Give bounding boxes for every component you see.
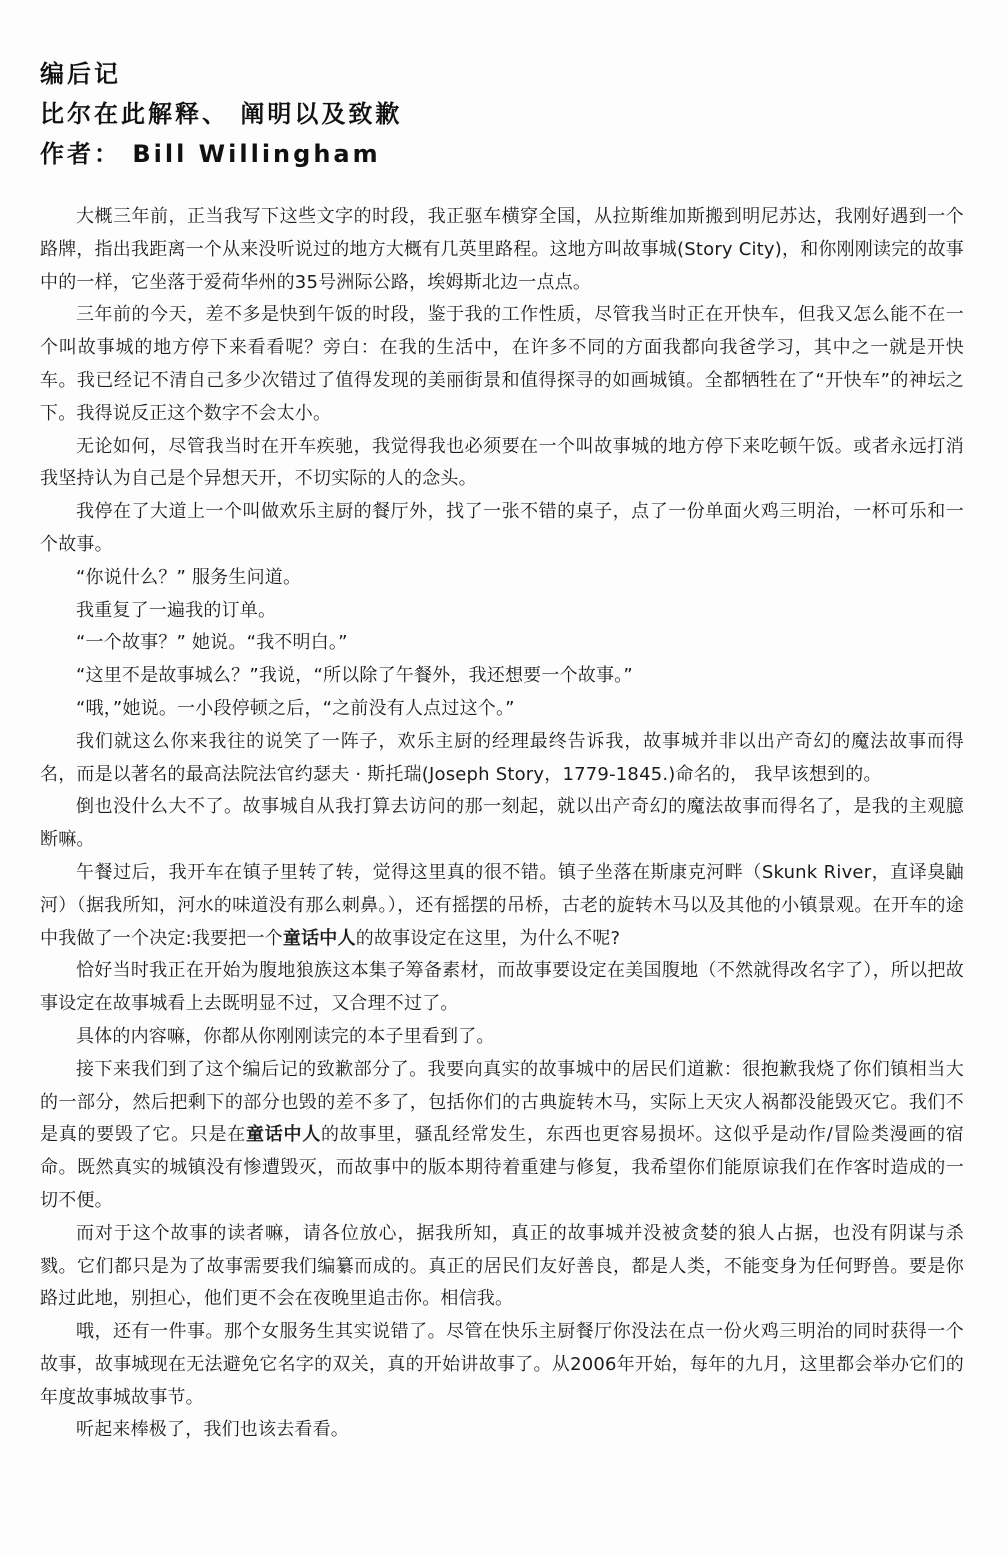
dialog-line: “一个故事？” 她说。“我不明白。” <box>40 627 964 660</box>
paragraph: 大概三年前，正当我写下这些文字的时段，我正驱车横穿全国，从拉斯维加斯搬到明尼苏达… <box>40 201 964 299</box>
document-page: 编后记 比尔在此解释、 阐明以及致歉 作者： Bill Willingham 大… <box>40 54 964 1447</box>
dialog-line: “这里不是故事城么？”我说，“所以除了午餐外，我还想要一个故事。” <box>40 660 964 693</box>
paragraph: 听起来棒极了，我们也该去看看。 <box>40 1414 964 1447</box>
article-body: 大概三年前，正当我写下这些文字的时段，我正驱车横穿全国，从拉斯维加斯搬到明尼苏达… <box>40 201 964 1447</box>
dialog-line: 我重复了一遍我的订单。 <box>40 595 964 628</box>
dialog-line: “哦，”她说。一小段停顿之后，“之前没有人点过这个。” <box>40 693 964 726</box>
paragraph: 恰好当时我正在开始为腹地狼族这本集子筹备素材，而故事要设定在美国腹地（不然就得改… <box>40 955 964 1021</box>
paragraph: 我们就这么你来我往的说笑了一阵子，欢乐主厨的经理最终告诉我，故事城并非以出产奇幻… <box>40 726 964 792</box>
paragraph: 而对于这个故事的读者嘛，请各位放心，据我所知，真正的故事城并没被贪婪的狼人占据，… <box>40 1218 964 1316</box>
document-title: 编后记 <box>40 54 964 94</box>
paragraph: 三年前的今天，差不多是快到午饭的时段，鉴于我的工作性质，尽管我当时正在开快车，但… <box>40 299 964 430</box>
paragraph: 午餐过后，我开车在镇子里转了转，觉得这里真的很不错。镇子坐落在斯康克河畔（Sku… <box>40 857 964 955</box>
paragraph: 我停在了大道上一个叫做欢乐主厨的餐厅外，找了一张不错的桌子，点了一份单面火鸡三明… <box>40 496 964 562</box>
paragraph: 具体的内容嘛，你都从你刚刚读完的本子里看到了。 <box>40 1021 964 1054</box>
author-line: 作者： Bill Willingham <box>40 134 964 174</box>
paragraph: 倒也没什么大不了。故事城自从我打算去访问的那一刻起，就以出产奇幻的魔法故事而得名… <box>40 791 964 857</box>
document-subtitle: 比尔在此解释、 阐明以及致歉 <box>40 94 964 134</box>
paragraph: 哦，还有一件事。那个女服务生其实说错了。尽管在快乐主厨餐厅你没法在点一份火鸡三明… <box>40 1316 964 1414</box>
dialog-line: “你说什么？” 服务生问道。 <box>40 562 964 595</box>
paragraph: 无论如何，尽管我当时在开车疾驰，我觉得我也必须要在一个叫故事城的地方停下来吃顿午… <box>40 431 964 497</box>
emphasized-title: 童话中人 <box>246 1124 321 1145</box>
emphasized-title: 童话中人 <box>283 928 356 949</box>
paragraph: 接下来我们到了这个编后记的致歉部分了。我要向真实的故事城中的居民们道歉：很抱歉我… <box>40 1054 964 1218</box>
paragraph-text: 的故事设定在这里，为什么不呢? <box>356 928 621 949</box>
